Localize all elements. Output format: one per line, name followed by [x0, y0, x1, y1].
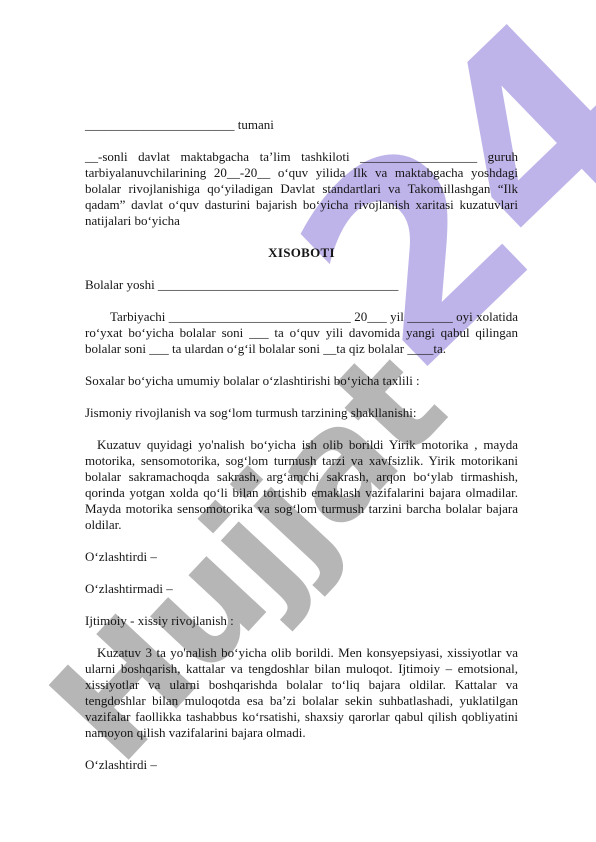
- analysis-heading: Soxalar bo‘yicha umumiy bolalar o‘zlasht…: [85, 373, 518, 389]
- social-development-paragraph: Kuzatuv 3 ta yo'nalish bo‘yicha olib bor…: [85, 645, 518, 741]
- document-body: _______________________ tumani __-sonli …: [85, 117, 518, 789]
- physical-not-mastered-label: O‘zlashtirmadi –: [85, 581, 518, 597]
- report-title: XISOBOTI: [85, 245, 518, 261]
- social-mastered-label: O‘zlashtirdi –: [85, 757, 518, 773]
- district-blank-line: _______________________ tumani: [85, 117, 518, 133]
- teacher-paragraph: Tarbiyachi ____________________________ …: [85, 309, 518, 357]
- social-development-heading: Ijtimoiy - xissiy rivojlanish :: [85, 613, 518, 629]
- children-age-line: Bolalar yoshi __________________________…: [85, 277, 518, 293]
- physical-mastered-label: O‘zlashtirdi –: [85, 549, 518, 565]
- physical-development-paragraph: Kuzatuv quyidagi yo'nalish bo‘yicha ish …: [85, 437, 518, 533]
- document-page: Hujjat 24 _______________________ tumani…: [0, 0, 596, 842]
- intro-paragraph: __-sonli davlat maktabgacha ta’lim tashk…: [85, 149, 518, 229]
- physical-development-heading: Jismoniy rivojlanish va sog‘lom turmush …: [85, 405, 518, 421]
